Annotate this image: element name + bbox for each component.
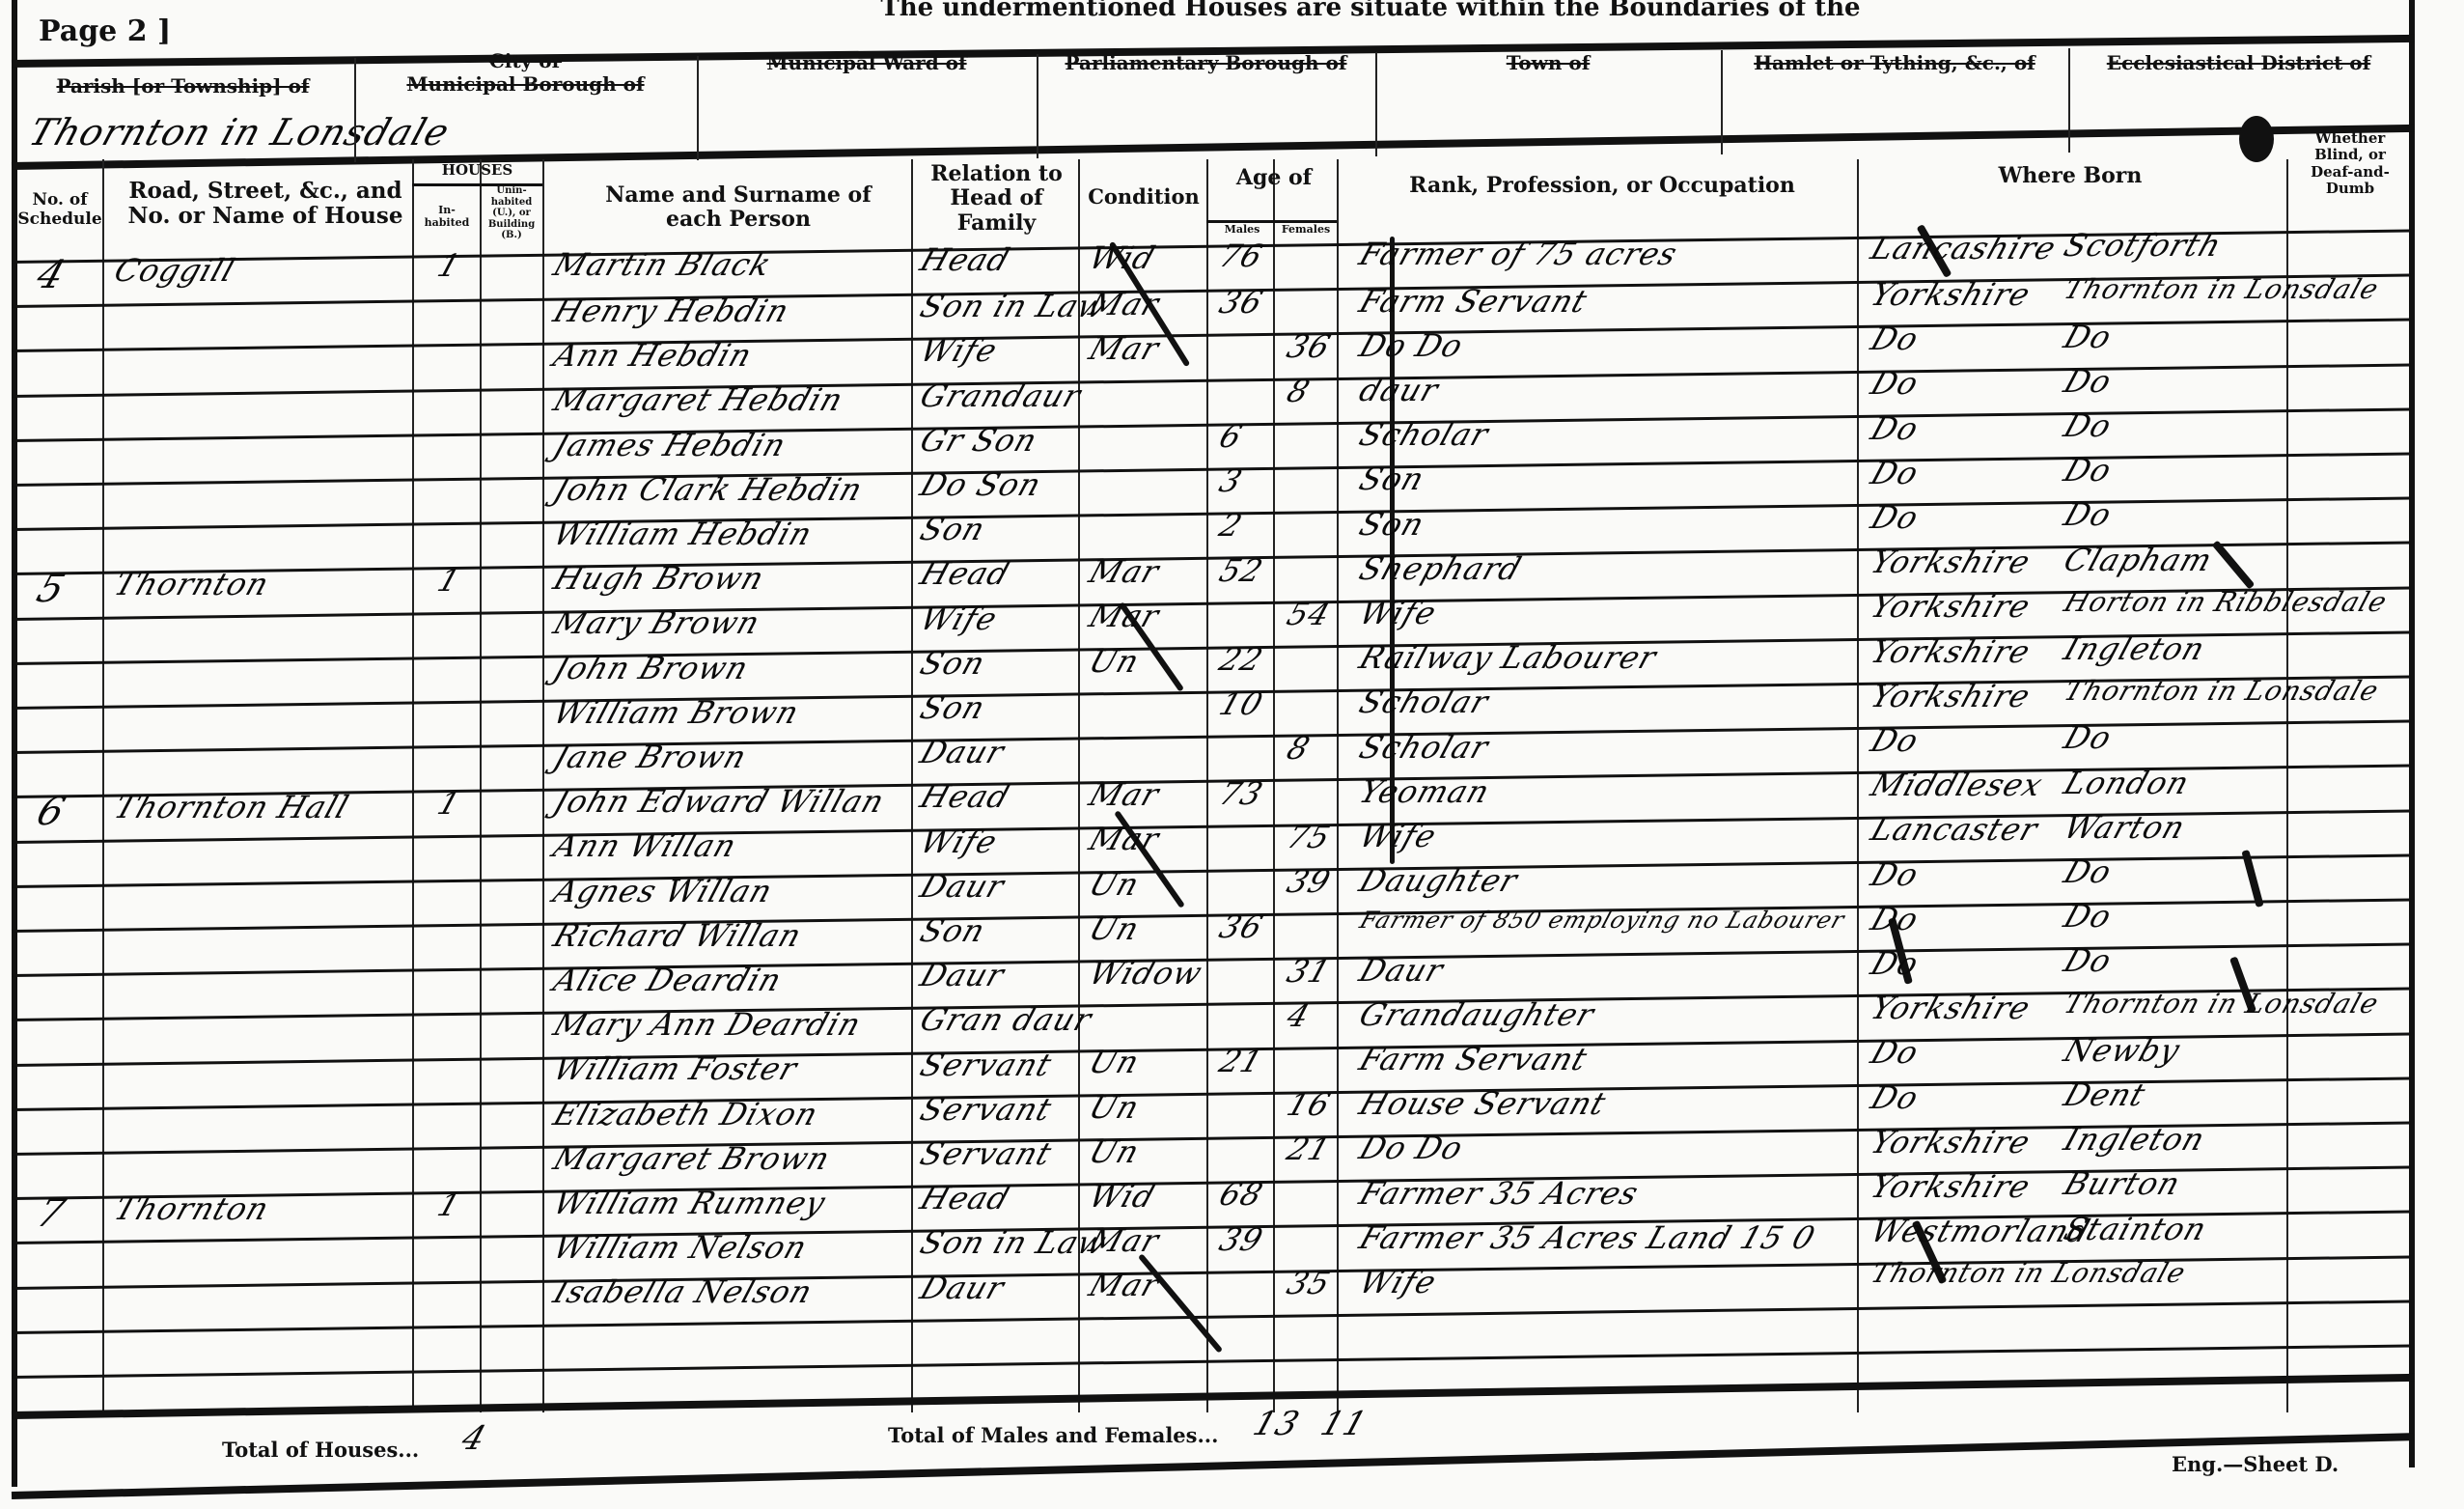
- males-age-cell: 76: [1215, 238, 1268, 274]
- col-condition: Condition: [1081, 185, 1206, 209]
- row-rule: [12, 853, 2411, 888]
- relation-cell: Wife: [916, 332, 1003, 369]
- road-cell: Thornton: [110, 566, 274, 602]
- column-divider: [102, 159, 104, 1412]
- name-cell: John Brown: [549, 650, 754, 686]
- col-road: Road, Street, &c., and No. or Name of Ho…: [125, 179, 405, 230]
- top-banner: The undermentioned Houses are situate wi…: [840, 0, 1901, 23]
- name-cell: Jane Brown: [549, 739, 752, 775]
- occupation-cell: Shephard: [1355, 550, 1527, 587]
- sheet-label: Eng.—Sheet D.: [2172, 1453, 2339, 1476]
- row-rule: [12, 363, 2411, 398]
- condition-cell: Mar: [1085, 598, 1164, 634]
- total-persons-label: Total of Males and Females...: [888, 1424, 1218, 1447]
- occupation-cell: Daur: [1355, 952, 1449, 989]
- relation-cell: Head: [916, 241, 1015, 278]
- born-place-cell: Horton in Ribblesdale: [2061, 586, 2392, 618]
- occupation-cell: House Servant: [1355, 1085, 1611, 1122]
- column-divider: [412, 159, 414, 1412]
- col-name: Name and Surname of each Person: [574, 183, 902, 233]
- col-inhabited: In-habited: [421, 205, 473, 229]
- relation-cell: Do Son: [916, 466, 1046, 503]
- relation-cell: Gr Son: [916, 422, 1042, 459]
- born-county-cell: Yorkshire: [1867, 276, 2035, 313]
- row-rule: [12, 407, 2411, 442]
- condition-cell: Un: [1085, 910, 1145, 947]
- road-cell: Coggill: [110, 252, 240, 289]
- row-rule: [12, 765, 2411, 799]
- row-rule: [12, 452, 2411, 487]
- occupation-cell: Railway Labourer: [1355, 639, 1662, 676]
- total-males-value: 13: [1249, 1405, 1305, 1443]
- row-rule: [12, 274, 2411, 309]
- enumerator-tick-mark: [2212, 540, 2256, 589]
- condition-cell: Mar: [1085, 330, 1164, 367]
- name-cell: Hugh Brown: [549, 560, 769, 597]
- born-county-cell: Yorkshire: [1867, 544, 2035, 580]
- col-age: Age of: [1211, 166, 1337, 190]
- schedule-cell: 4: [32, 253, 71, 297]
- occupation-cell: Wife: [1355, 595, 1442, 631]
- relation-cell: Son in Law: [916, 1224, 1112, 1261]
- rule: [12, 1374, 2415, 1419]
- born-county-cell: Thornton in Lonsdale: [1868, 1257, 2191, 1289]
- condition-cell: Un: [1085, 1044, 1145, 1080]
- ink-blot: [2239, 116, 2274, 162]
- name-cell: Alice Deardin: [549, 962, 787, 998]
- row-rule: [12, 675, 2411, 710]
- born-county-cell: Yorkshire: [1867, 678, 2035, 714]
- total-houses-value: 4: [457, 1419, 492, 1458]
- page-label: Page 2 ]: [39, 15, 171, 49]
- born-county-cell: Yorkshire: [1867, 633, 2035, 670]
- relation-cell: Son: [916, 689, 990, 726]
- name-cell: William Hebdin: [549, 516, 817, 552]
- col-blind: Whether Blind, or Deaf-and-Dumb: [2292, 130, 2408, 197]
- born-county-cell: Yorkshire: [1867, 1124, 2035, 1160]
- name-cell: William Nelson: [549, 1229, 813, 1266]
- row-rule: [12, 1166, 2411, 1201]
- relation-cell: Servant: [916, 1091, 1057, 1128]
- name-cell: James Hebdin: [549, 427, 791, 463]
- occupation-cell: Daughter: [1355, 862, 1523, 899]
- occupation-cell: Son: [1355, 461, 1429, 497]
- born-county-cell: Lancaster: [1867, 811, 2043, 848]
- born-place-cell: Ingleton: [2060, 1121, 2210, 1158]
- row-rule: [12, 943, 2411, 978]
- born-place-cell: Ingleton: [2060, 630, 2210, 667]
- column-divider: [1857, 159, 1859, 1412]
- name-cell: Agnes Willan: [549, 873, 778, 909]
- header-box-label: Parish [or Township] of: [12, 75, 354, 98]
- header-box-label: Municipal Ward of: [697, 52, 1037, 74]
- condition-cell: Un: [1085, 1089, 1145, 1126]
- name-cell: Ann Willan: [549, 827, 742, 864]
- col-females: Females: [1274, 224, 1338, 237]
- born-place-cell: Stainton: [2060, 1211, 2212, 1247]
- born-place-cell: Newby: [2060, 1032, 2185, 1069]
- relation-cell: Head: [916, 778, 1015, 815]
- header-box-label: Town of: [1375, 52, 1721, 74]
- condition-cell: Mar: [1085, 1267, 1164, 1303]
- row-rule: [12, 720, 2411, 755]
- occupation-cell: Farmer of 75 acres: [1355, 236, 1682, 272]
- header-box-label: Parliamentary Borough of: [1037, 52, 1375, 74]
- relation-cell: Son: [916, 912, 990, 949]
- col-houses: HOUSES: [412, 162, 542, 179]
- header-box-label-top: City or: [354, 50, 697, 72]
- condition-cell: Wid: [1085, 239, 1160, 276]
- relation-cell: Servant: [916, 1135, 1057, 1172]
- occupation-cell: Farm Servant: [1355, 1041, 1592, 1077]
- row-rule: [12, 809, 2411, 844]
- name-cell: Henry Hebdin: [549, 293, 794, 329]
- name-cell: Margaret Brown: [549, 1140, 835, 1177]
- row-rule: [12, 1032, 2411, 1067]
- name-cell: John Edward Willan: [549, 783, 890, 820]
- header-box-label: Hamlet or Tything, &c., of: [1721, 52, 2068, 74]
- occupation-cell: Farm Servant: [1355, 283, 1592, 320]
- born-place-cell: Thornton in Lonsdale: [2061, 988, 2384, 1020]
- condition-cell: Widow: [1085, 955, 1207, 992]
- row-rule: [12, 497, 2411, 532]
- frame-right: [2409, 0, 2415, 1467]
- row-rule: [12, 1299, 2411, 1334]
- name-cell: William Foster: [549, 1050, 802, 1087]
- condition-cell: Un: [1085, 866, 1145, 903]
- occupation-cell: Wife: [1355, 1264, 1442, 1300]
- census-sheet: Page 2 ] The undermentioned Houses are s…: [0, 0, 2464, 1509]
- name-cell: Elizabeth Dixon: [549, 1096, 823, 1132]
- occupation-cell: Do Do: [1355, 327, 1468, 364]
- road-cell: Thornton Hall: [110, 789, 354, 825]
- condition-cell: Mar: [1085, 286, 1164, 322]
- name-cell: William Rumney: [549, 1185, 831, 1221]
- row-rule: [12, 1344, 2411, 1379]
- header-box-value: Thornton in Lonsdale: [24, 111, 456, 154]
- row-rule: [12, 630, 2411, 665]
- row-rule: [12, 898, 2411, 933]
- born-place-cell: Clapham: [2060, 542, 2218, 578]
- born-place-cell: Burton: [2060, 1165, 2186, 1202]
- born-place-cell: London: [2060, 765, 2195, 801]
- born-county-cell: Middlesex: [1867, 767, 2048, 803]
- inhabited-cell: 1: [433, 247, 466, 284]
- name-cell: John Clark Hebdin: [549, 471, 868, 508]
- column-divider: [480, 159, 482, 1412]
- col-uninhabited: Unin-habited (U.), or Building (B.): [481, 185, 542, 241]
- born-place-cell: Dent: [2060, 1076, 2150, 1113]
- born-county-cell: Yorkshire: [1867, 990, 2035, 1026]
- name-cell: William Brown: [549, 694, 804, 731]
- born-place-cell: Warton: [2060, 809, 2191, 846]
- name-cell: Martin Black: [549, 246, 777, 283]
- born-county-cell: Yorkshire: [1867, 1168, 2035, 1205]
- column-divider: [2286, 159, 2288, 1412]
- born-place-cell: Scotforth: [2060, 227, 2227, 264]
- condition-cell: Mar: [1085, 776, 1164, 813]
- occupation-cell: Farmer of 850 employing no Labourer: [1356, 907, 1848, 934]
- row-rule: [12, 586, 2411, 621]
- occupation-cell: Farmer 35 Acres Land 15 0: [1355, 1219, 1820, 1256]
- condition-cell: Un: [1085, 1133, 1145, 1170]
- born-county-cell: Yorkshire: [1867, 588, 2035, 625]
- row-rule: [12, 988, 2411, 1022]
- relation-cell: Head: [916, 555, 1015, 592]
- relation-cell: Daur: [916, 734, 1010, 770]
- col-schedule: No. of Schedule: [17, 191, 102, 229]
- occupation-cell: Scholar: [1355, 416, 1494, 453]
- name-cell: Margaret Hebdin: [549, 381, 848, 418]
- occupation-cell: Wife: [1355, 818, 1442, 854]
- relation-cell: Daur: [916, 1270, 1010, 1306]
- column-divider: [1206, 159, 1208, 1412]
- relation-cell: Daur: [916, 868, 1010, 905]
- relation-cell: Son: [916, 645, 990, 682]
- occupation-cell: Do Do: [1355, 1130, 1468, 1166]
- relation-cell: Wife: [916, 601, 1003, 637]
- relation-cell: Head: [916, 1180, 1015, 1216]
- condition-cell: Un: [1085, 643, 1145, 680]
- born-place-cell: Thornton in Lonsdale: [2061, 675, 2384, 707]
- row-rule: [12, 1076, 2411, 1111]
- born-county-cell: Lancashire: [1867, 230, 2062, 266]
- col-born: Where Born: [1863, 164, 2278, 188]
- col-relation: Relation to Head of Family: [917, 162, 1076, 236]
- col-rank: Rank, Profession, or Occupation: [1351, 174, 1853, 198]
- relation-cell: Son: [916, 511, 990, 547]
- occupation-cell: Yeoman: [1355, 773, 1495, 810]
- name-cell: Richard Willan: [549, 917, 807, 954]
- total-houses-label: Total of Houses...: [222, 1439, 419, 1462]
- relation-cell: Grandaur: [916, 377, 1086, 414]
- total-females-value: 11: [1316, 1405, 1372, 1443]
- col-males: Males: [1211, 224, 1273, 237]
- name-cell: Ann Hebdin: [549, 337, 758, 374]
- row-rule: [12, 319, 2411, 353]
- occupation-cell: Farmer 35 Acres: [1355, 1175, 1644, 1212]
- column-divider: [542, 159, 544, 1412]
- name-cell: Mary Brown: [549, 604, 765, 641]
- relation-cell: Daur: [916, 957, 1010, 993]
- occupation-cell: Son: [1355, 506, 1429, 543]
- header-box-label: Municipal Borough of: [354, 73, 697, 96]
- relation-cell: Gran daur: [916, 1001, 1097, 1038]
- name-cell: Mary Ann Deardin: [549, 1006, 867, 1043]
- occupation-cell: Scholar: [1355, 684, 1494, 720]
- header-box-label: Ecclesiastical District of: [2068, 52, 2409, 74]
- road-cell: Thornton: [110, 1190, 274, 1227]
- condition-cell: Mar: [1085, 1222, 1164, 1259]
- born-place-cell: Thornton in Lonsdale: [2061, 273, 2384, 305]
- occupation-cell: Scholar: [1355, 729, 1494, 766]
- relation-cell: Son in Law: [916, 288, 1112, 324]
- occupation-cell: daur: [1355, 372, 1444, 408]
- condition-cell: Wid: [1085, 1178, 1160, 1215]
- relation-cell: Servant: [916, 1047, 1057, 1083]
- row-rule: [12, 542, 2411, 576]
- condition-cell: Mar: [1085, 553, 1164, 590]
- row-rule: [12, 1121, 2411, 1156]
- name-cell: Isabella Nelson: [549, 1273, 817, 1310]
- relation-cell: Wife: [916, 824, 1003, 860]
- occupation-cell: Grandaughter: [1355, 996, 1599, 1033]
- condition-cell: Mar: [1085, 821, 1164, 857]
